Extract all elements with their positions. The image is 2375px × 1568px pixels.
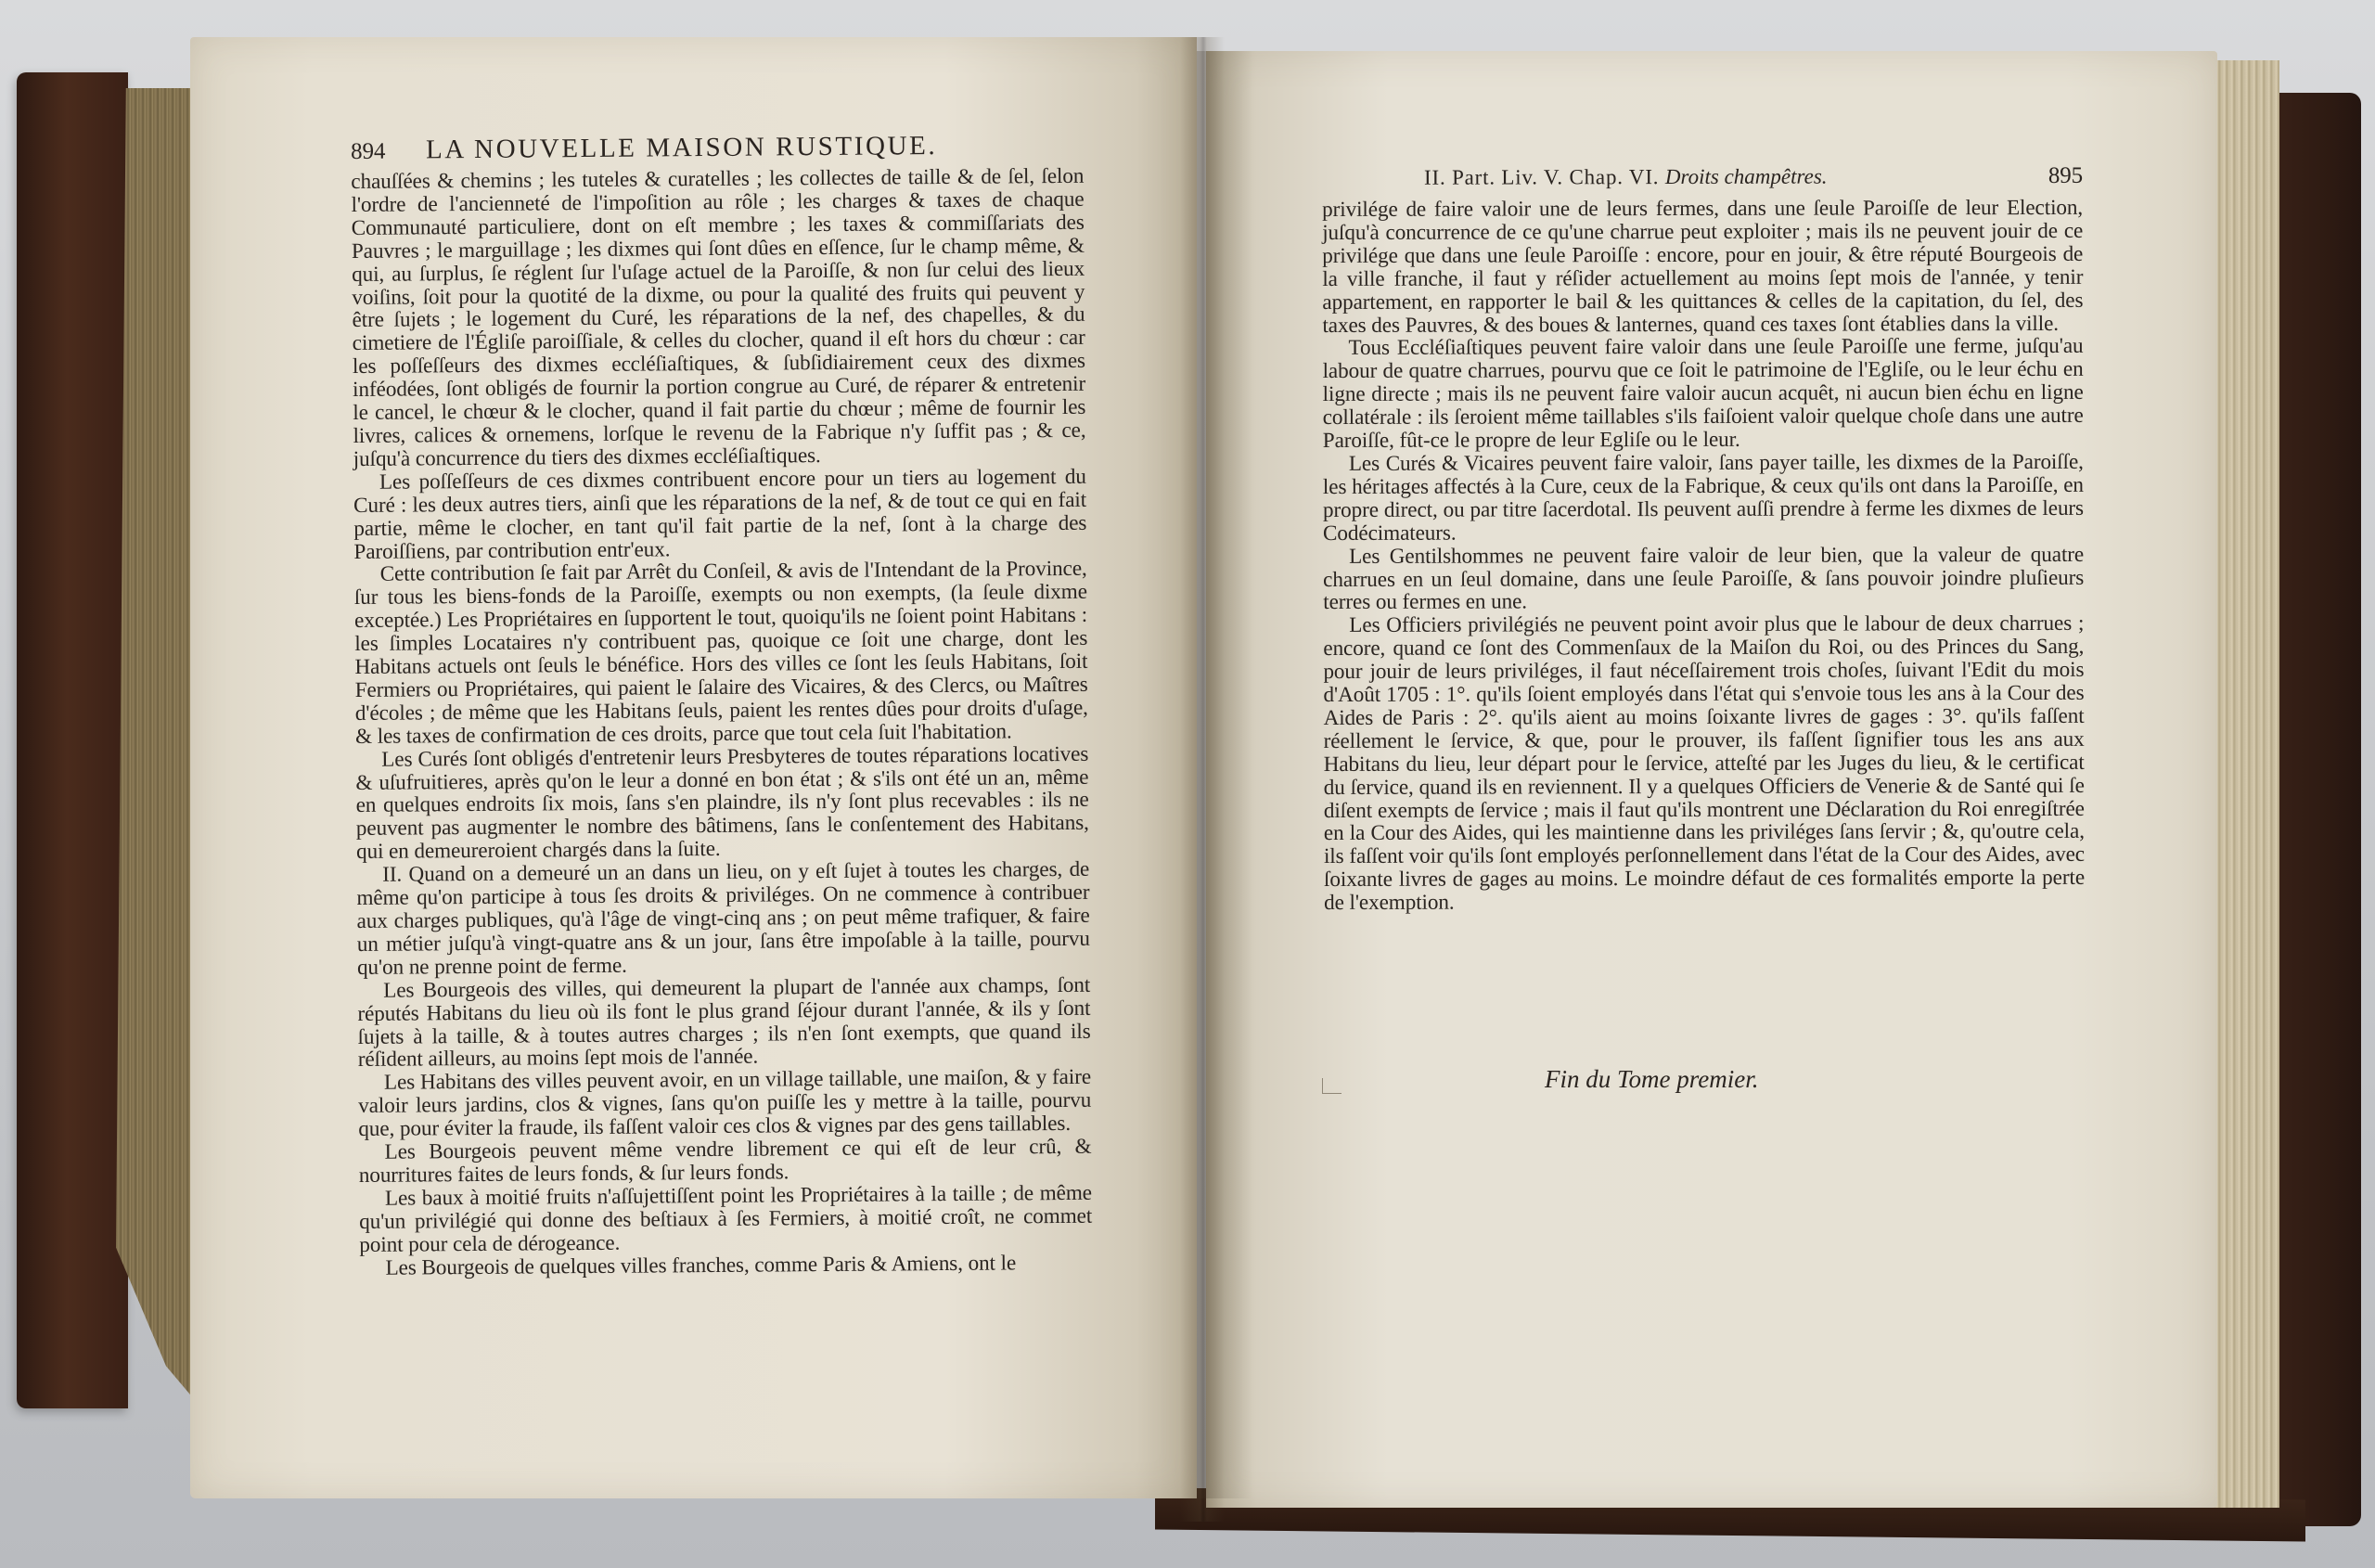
- paragraph: Tous Eccléſiaſtiques peuvent faire valoi…: [1322, 335, 2083, 453]
- paragraph: Les Officiers privilégiés ne peuvent poi…: [1323, 612, 2085, 915]
- page-number-right: 895: [2048, 165, 2083, 188]
- page-fore-edge-right: [2213, 60, 2279, 1508]
- gutter-shadow: [1197, 51, 1252, 1498]
- paragraph: Les Bourgeois des villes, qui demeurent …: [357, 973, 1091, 1072]
- paragraph: Les Bourgeois peuvent même vendre librem…: [358, 1136, 1091, 1188]
- running-head-right: II. Part. Liv. V. Chap. VI. Droits champ…: [1322, 165, 2083, 199]
- paragraph: Cette contribution ſe fait par Arrêt du …: [354, 558, 1089, 748]
- book-cover-left: [17, 72, 128, 1408]
- paragraph: Les poſſeſſeurs de ces dixmes contribuen…: [353, 466, 1087, 564]
- pencil-mark: [1322, 1078, 1342, 1094]
- paragraph: Les Curés ſont obligés d'entretenir leur…: [355, 742, 1089, 864]
- paragraph: privilége de faire valoir une de leurs f…: [1322, 197, 2083, 338]
- running-title-subject: Droits champêtres.: [1665, 165, 1828, 188]
- page-number-left: 894: [351, 139, 385, 164]
- left-page-text: 894 LA NOUVELLE MAISON RUSTIQUE. chauſſé…: [351, 134, 1093, 1280]
- running-title-left: LA NOUVELLE MAISON RUSTIQUE.: [426, 131, 938, 164]
- paragraph: Les Curés & Vicaires peuvent faire valoi…: [1323, 451, 2084, 546]
- page-fore-edge-left: [116, 88, 199, 1406]
- right-page-text: II. Part. Liv. V. Chap. VI. Droits champ…: [1322, 165, 2085, 915]
- colophon: Fin du Tome premier.: [1545, 1065, 1759, 1094]
- paragraph: Les Gentilshommes ne peuvent faire valoi…: [1323, 543, 2084, 614]
- paragraph: Les Habitans des villes peuvent avoir, e…: [358, 1066, 1092, 1141]
- running-title-right: II. Part. Liv. V. Chap. VI. Droits champ…: [1424, 166, 1828, 190]
- paragraph: Les baux à moitié fruits n'aſſujettiſſen…: [359, 1182, 1093, 1257]
- paragraph: chauſſées & chemins ; les tuteles & cura…: [351, 165, 1086, 471]
- paragraph: II. Quand on a demeuré un an dans un lie…: [356, 858, 1090, 980]
- running-title-part: II. Part. Liv. V. Chap. VI.: [1424, 165, 1659, 189]
